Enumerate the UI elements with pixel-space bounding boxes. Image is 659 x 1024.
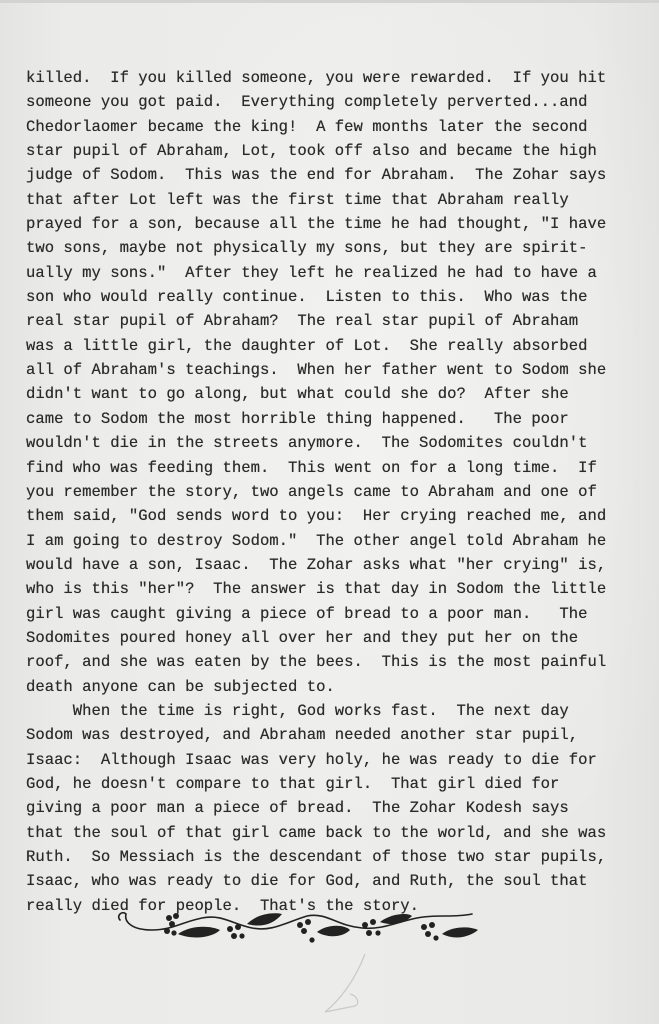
text-line: someone you got paid. Everything complet… xyxy=(26,90,646,114)
scanned-page: killed. If you killed someone, you were … xyxy=(0,0,659,1024)
text-line: Isaac: Although Isaac was very holy, he … xyxy=(26,748,646,772)
text-line: find who was feeding them. This went on … xyxy=(26,456,646,480)
text-line: Chedorlaomer became the king! A few mont… xyxy=(26,115,646,139)
text-line: that after Lot left was the first time t… xyxy=(26,188,646,212)
text-line: death anyone can be subjected to. xyxy=(26,675,646,699)
text-line: judge of Sodom. This was the end for Abr… xyxy=(26,163,646,187)
typewritten-body: killed. If you killed someone, you were … xyxy=(26,66,646,918)
text-line: real star pupil of Abraham? The real sta… xyxy=(26,309,646,333)
text-line: wouldn't die in the streets anymore. The… xyxy=(26,431,646,455)
text-line: giving a poor man a piece of bread. The … xyxy=(26,796,646,820)
text-line: prayed for a son, because all the time h… xyxy=(26,212,646,236)
text-line: roof, and she was eaten by the bees. Thi… xyxy=(26,650,646,674)
text-line: girl was caught giving a piece of bread … xyxy=(26,602,646,626)
text-line: When the time is right, God works fast. … xyxy=(26,699,646,723)
text-line: that the soul of that girl came back to … xyxy=(26,821,646,845)
text-line: star pupil of Abraham, Lot, took off als… xyxy=(26,139,646,163)
text-line: I am going to destroy Sodom." The other … xyxy=(26,529,646,553)
text-line: would have a son, Isaac. The Zohar asks … xyxy=(26,553,646,577)
text-line: didn't want to go along, but what could … xyxy=(26,382,646,406)
text-line: killed. If you killed someone, you were … xyxy=(26,66,646,90)
text-line: ually my sons." After they left he reali… xyxy=(26,261,646,285)
text-line: God, he doesn't compare to that girl. Th… xyxy=(26,772,646,796)
floral-vine-divider-icon xyxy=(112,900,482,946)
text-line: Ruth. So Messiach is the descendant of t… xyxy=(26,845,646,869)
paper-crease xyxy=(300,950,420,1024)
text-line: Sodom was destroyed, and Abraham needed … xyxy=(26,723,646,747)
page-edge xyxy=(0,0,659,3)
text-line: son who would really continue. Listen to… xyxy=(26,285,646,309)
text-line: two sons, maybe not physically my sons, … xyxy=(26,236,646,260)
text-line: Isaac, who was ready to die for God, and… xyxy=(26,869,646,893)
text-line: came to Sodom the most horrible thing ha… xyxy=(26,407,646,431)
text-line: all of Abraham's teachings. When her fat… xyxy=(26,358,646,382)
text-line: was a little girl, the daughter of Lot. … xyxy=(26,334,646,358)
text-line: Sodomites poured honey all over her and … xyxy=(26,626,646,650)
text-line: you remember the story, two angels came … xyxy=(26,480,646,504)
text-line: them said, "God sends word to you: Her c… xyxy=(26,504,646,528)
text-line: who is this "her"? The answer is that da… xyxy=(26,577,646,601)
